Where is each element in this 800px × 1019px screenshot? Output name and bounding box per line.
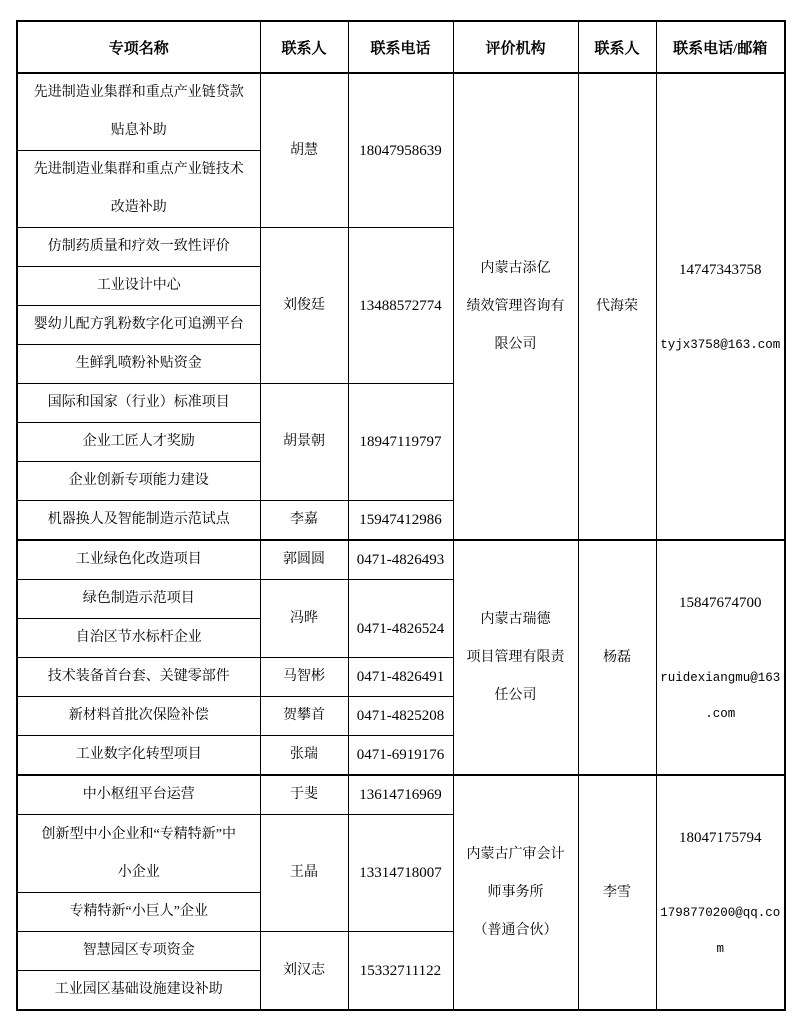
contact-name: 胡慧 [260, 73, 348, 228]
agency-name: 内蒙古添亿 绩效管理咨询有 限公司 [453, 73, 578, 540]
header-agency: 评价机构 [453, 21, 578, 73]
agency-name: 内蒙古瑞德 项目管理有限责 任公司 [453, 540, 578, 775]
contact-table: 专项名称 联系人 联系电话 评价机构 联系人 联系电话/邮箱 先进制造业集群和重… [16, 20, 786, 1011]
header-row: 专项名称 联系人 联系电话 评价机构 联系人 联系电话/邮箱 [17, 21, 785, 73]
project-name: 机器换人及智能制造示范试点 [17, 501, 260, 541]
agency-name: 内蒙古广审会计 师事务所 （普通合伙） [453, 775, 578, 1010]
agency-phone: 15847674700 [659, 584, 783, 622]
contact-name: 冯晔 [260, 580, 348, 658]
agency-email: 1798770200@qq.co m [659, 895, 783, 967]
header-phone: 联系电话 [348, 21, 453, 73]
contact-name: 李嘉 [260, 501, 348, 541]
agency-phone: 18047175794 [659, 819, 783, 857]
contact-phone: 13614716969 [348, 775, 453, 815]
project-name: 企业创新专项能力建设 [17, 462, 260, 501]
contact-phone: 0471-4826491 [348, 658, 453, 697]
project-name: 工业数字化转型项目 [17, 736, 260, 776]
contact-name: 张瑞 [260, 736, 348, 776]
contact-name: 王晶 [260, 815, 348, 932]
header-agency-contact: 联系人 [578, 21, 656, 73]
project-name: 先进制造业集群和重点产业链技术 改造补助 [17, 151, 260, 228]
agency-phone: 14747343758 [659, 251, 783, 289]
project-name: 仿制药质量和疗效一致性评价 [17, 228, 260, 267]
project-name: 工业园区基础设施建设补助 [17, 971, 260, 1011]
contact-phone: 0471-4825208 [348, 697, 453, 736]
project-name: 工业绿色化改造项目 [17, 540, 260, 580]
header-agency-phone-email: 联系电话/邮箱 [656, 21, 785, 73]
project-name: 专精特新“小巨人”企业 [17, 893, 260, 932]
contact-name: 刘汉志 [260, 932, 348, 1011]
agency-contact-info: 14747343758 tyjx3758@163.com [656, 73, 785, 540]
contact-phone: 0471-6919176 [348, 736, 453, 776]
contact-phone: 15332711122 [348, 932, 453, 1011]
contact-name: 胡景朝 [260, 384, 348, 501]
project-name: 国际和国家（行业）标准项目 [17, 384, 260, 423]
table-row: 先进制造业集群和重点产业链贷款 贴息补助 胡慧 18047958639 内蒙古添… [17, 73, 785, 151]
project-name: 智慧园区专项资金 [17, 932, 260, 971]
contact-name: 刘俊廷 [260, 228, 348, 384]
contact-phone: 0471-4826524 [348, 580, 453, 658]
agency-email: tyjx3758@163.com [659, 327, 783, 363]
table-row: 中小枢纽平台运营 于斐 13614716969 内蒙古广审会计 师事务所 （普通… [17, 775, 785, 815]
agency-email: ruidexiangmu@163 .com [659, 660, 783, 732]
project-name: 中小枢纽平台运营 [17, 775, 260, 815]
contact-phone: 0471-4826493 [348, 540, 453, 580]
contact-phone: 15947412986 [348, 501, 453, 541]
header-contact: 联系人 [260, 21, 348, 73]
agency-contact-name: 杨磊 [578, 540, 656, 775]
contact-name: 于斐 [260, 775, 348, 815]
document-page: 专项名称 联系人 联系电话 评价机构 联系人 联系电话/邮箱 先进制造业集群和重… [0, 0, 800, 1019]
header-project-name: 专项名称 [17, 21, 260, 73]
agency-contact-name: 代海荣 [578, 73, 656, 540]
contact-name: 贺攀首 [260, 697, 348, 736]
agency-contact-info: 18047175794 1798770200@qq.co m [656, 775, 785, 1010]
project-name: 企业工匠人才奖励 [17, 423, 260, 462]
agency-contact-info: 15847674700 ruidexiangmu@163 .com [656, 540, 785, 775]
contact-phone: 18047958639 [348, 73, 453, 228]
project-name: 创新型中小企业和“专精特新”中 小企业 [17, 815, 260, 893]
agency-contact-name: 李雪 [578, 775, 656, 1010]
project-name: 绿色制造示范项目 [17, 580, 260, 619]
project-name: 工业设计中心 [17, 267, 260, 306]
project-name: 技术装备首台套、关键零部件 [17, 658, 260, 697]
contact-phone: 13314718007 [348, 815, 453, 932]
contact-name: 马智彬 [260, 658, 348, 697]
project-name: 新材料首批次保险补偿 [17, 697, 260, 736]
contact-name: 郭圆圆 [260, 540, 348, 580]
project-name: 婴幼儿配方乳粉数字化可追溯平台 [17, 306, 260, 345]
contact-phone: 13488572774 [348, 228, 453, 384]
project-name: 自治区节水标杆企业 [17, 619, 260, 658]
contact-phone: 18947119797 [348, 384, 453, 501]
project-name: 生鲜乳喷粉补贴资金 [17, 345, 260, 384]
project-name: 先进制造业集群和重点产业链贷款 贴息补助 [17, 73, 260, 151]
table-row: 工业绿色化改造项目 郭圆圆 0471-4826493 内蒙古瑞德 项目管理有限责… [17, 540, 785, 580]
